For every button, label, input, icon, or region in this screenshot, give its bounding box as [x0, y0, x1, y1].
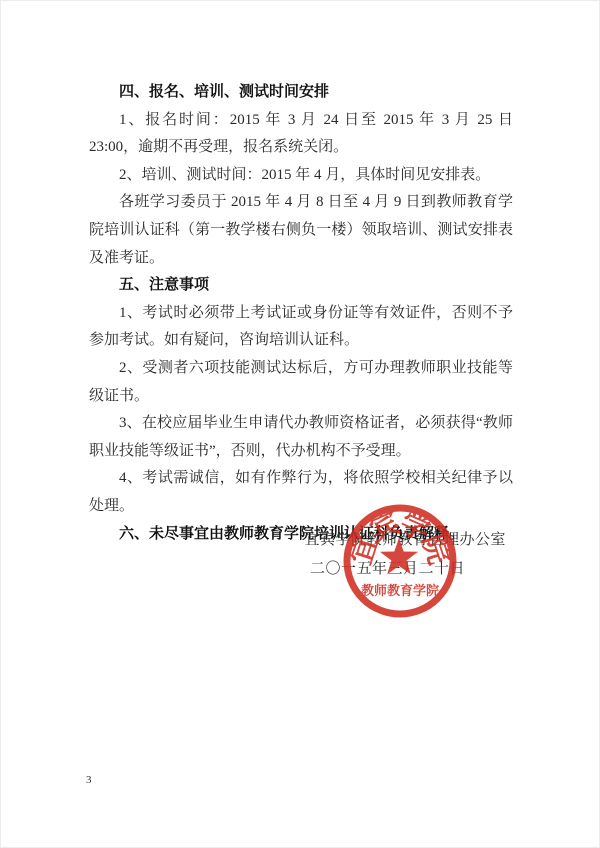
seal-bottom-text: 教师教育学院 [360, 583, 439, 598]
section-heading-notes: 五、注意事项 [89, 272, 513, 300]
official-seal: 宜 宾 学 院 教师教育学院 [340, 501, 460, 621]
para-note-1: 1、考试时必须带上考试证或身份证等有效证件，否则不予参加考试。如有疑问，咨询培训… [89, 300, 513, 355]
signature-date: 二〇一五年三月二十日 [1, 560, 600, 579]
document-page: 四、报名、培训、测试时间安排 1、报名时间：2015 年 3 月 24 日至 2… [0, 0, 600, 848]
document-body: 四、报名、培训、测试时间安排 1、报名时间：2015 年 3 月 24 日至 2… [89, 79, 513, 548]
section-heading-registration-schedule: 四、报名、培训、测试时间安排 [89, 79, 513, 107]
para-registration-time: 1、报名时间：2015 年 3 月 24 日至 2015 年 3 月 25 日 … [89, 107, 513, 162]
signature-office: 宜宾学院教师教育管理办公室 [1, 531, 600, 550]
page-number: 3 [86, 774, 92, 786]
signature-block: 宜宾学院教师教育管理办公室 二〇一五年三月二十日 [1, 531, 600, 579]
para-training-test-time: 2、培训、测试时间：2015 年 4 月，具体时间见安排表。 [89, 162, 513, 190]
para-note-2: 2、受测者六项技能测试达标后，方可办理教师职业技能等级证书。 [89, 355, 513, 410]
para-class-committee-pickup: 各班学习委员于 2015 年 4 月 8 日至 4 月 9 日到教师教育学院培训… [89, 189, 513, 272]
para-note-3: 3、在校应届毕业生申请代办教师资格证者，必须获得“教师职业技能等级证书”，否则，… [89, 410, 513, 465]
